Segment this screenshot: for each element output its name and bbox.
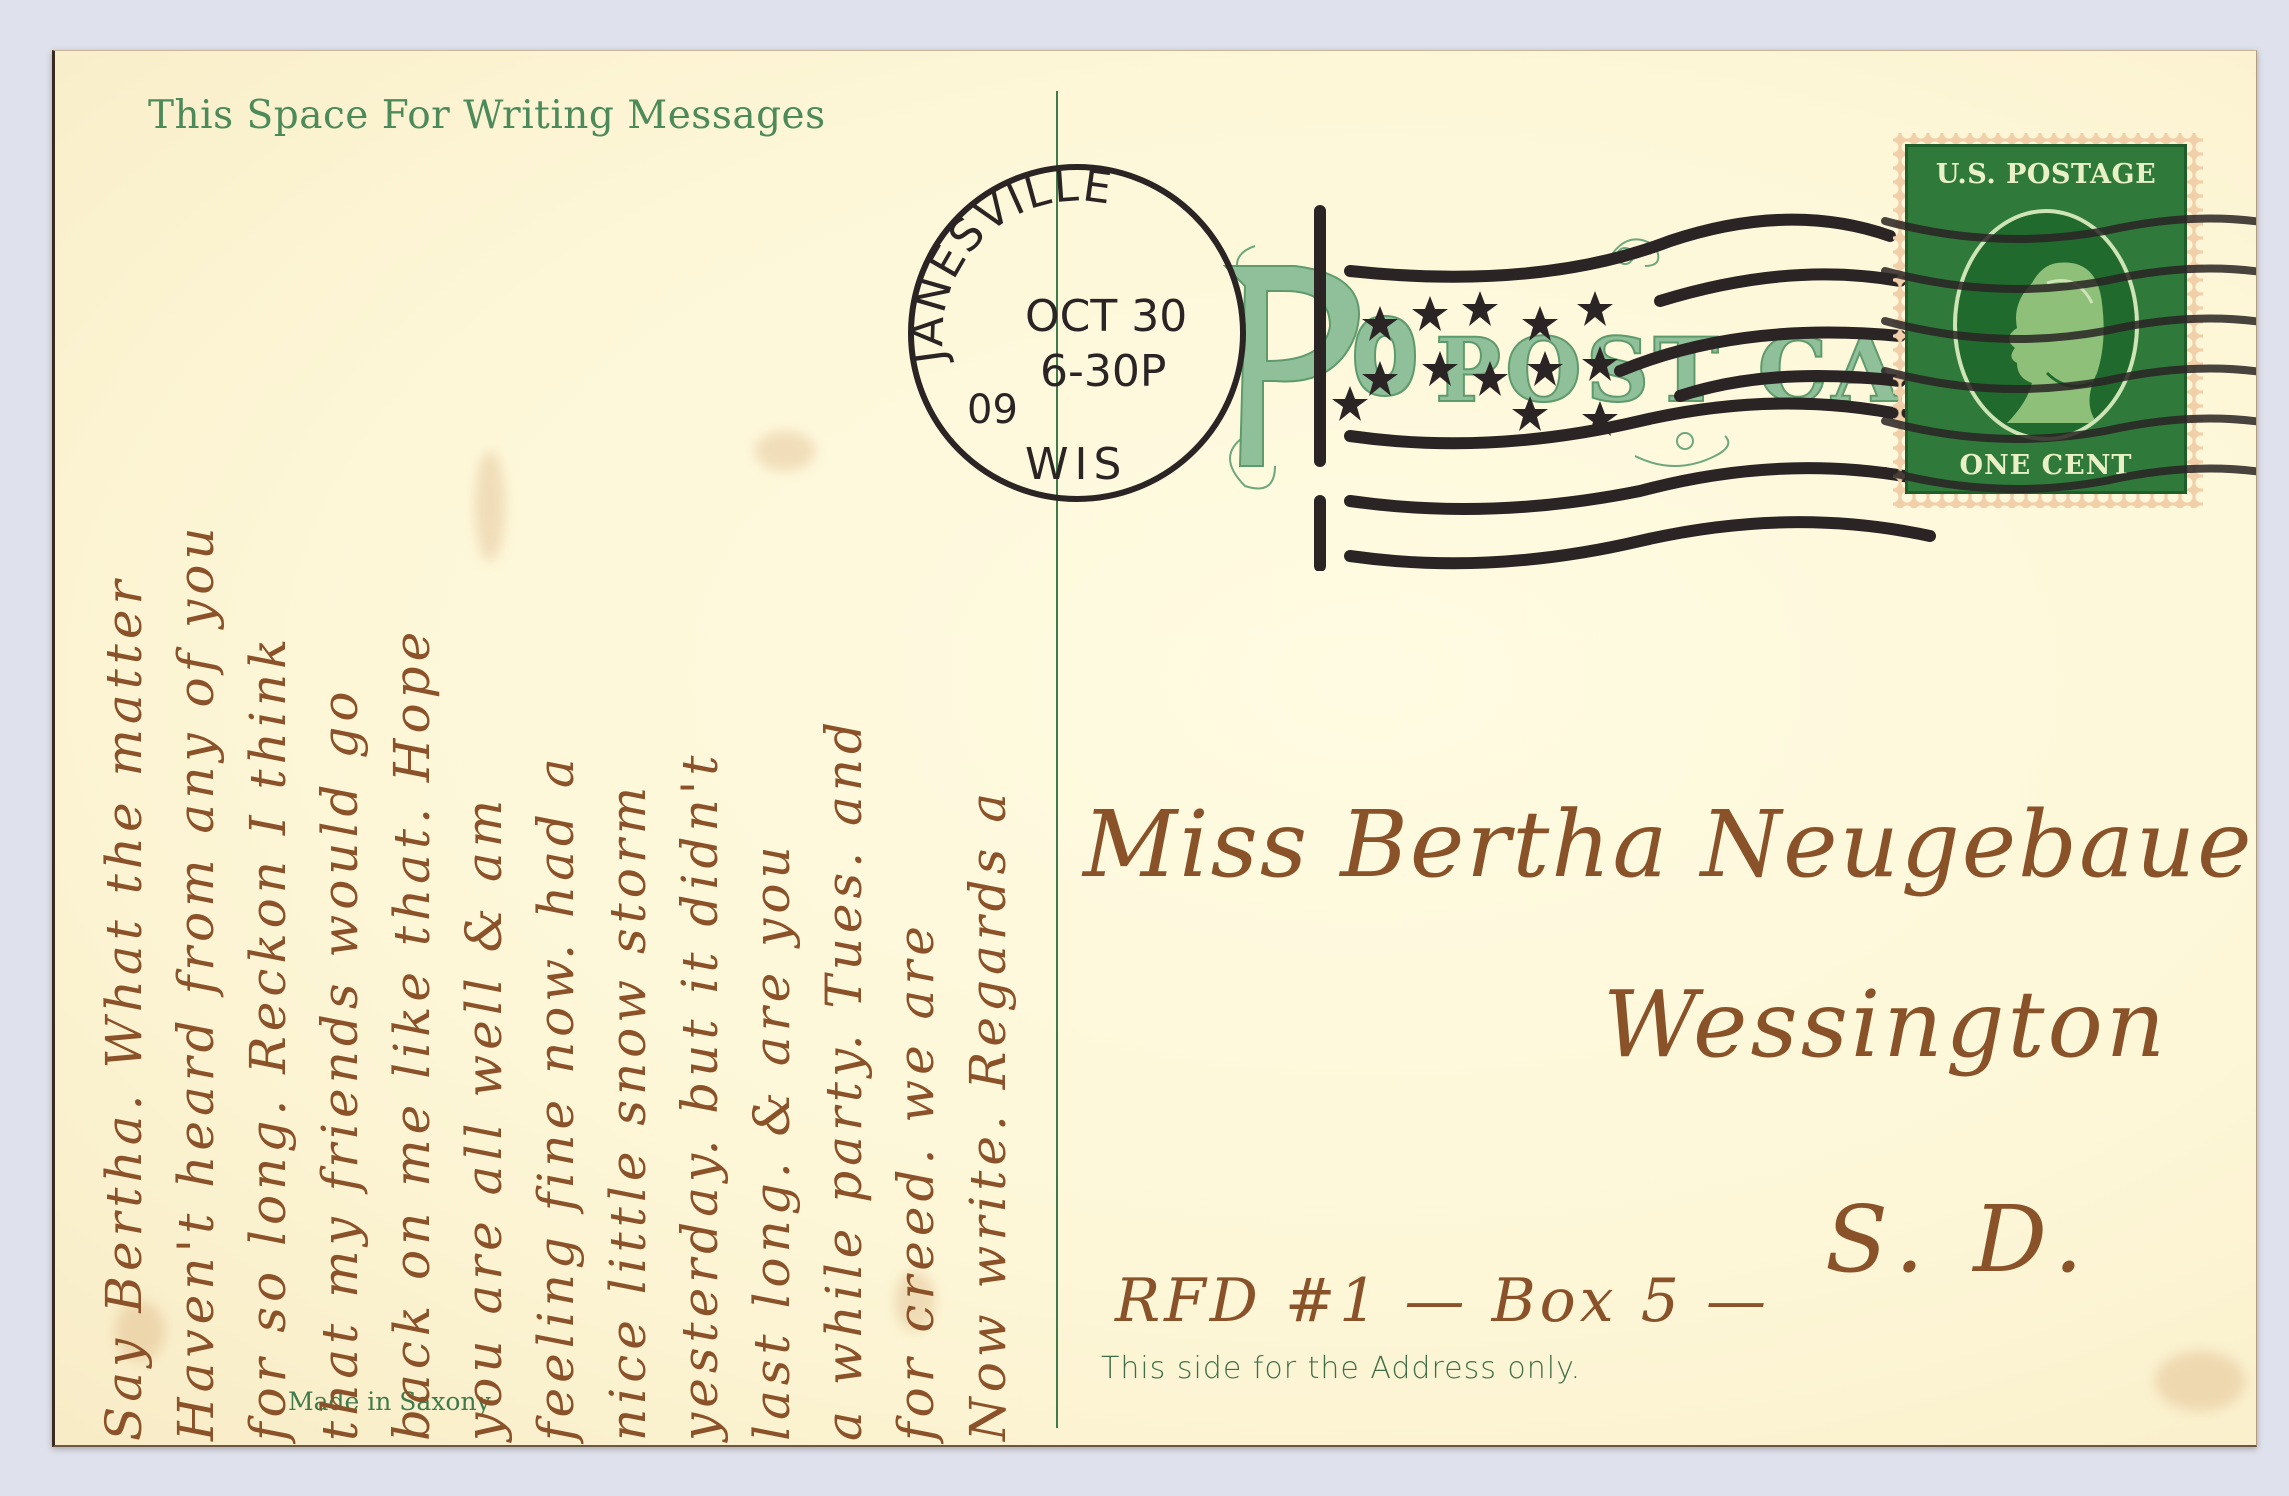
age-stain [2155, 1351, 2245, 1411]
recipient-city: Wessington [1603, 971, 2168, 1078]
message-line: yesterday. but it didn't [671, 750, 729, 1441]
message-line: feeling fine now. had a [527, 753, 585, 1441]
stamp-top-label: U.S. POSTAGE [1908, 159, 2184, 190]
address-side-instruction: This side for the Address only. [1101, 1351, 1581, 1386]
message-line: that my friends would go [311, 687, 369, 1442]
message-line: Say Bertha. What the matter [95, 576, 153, 1441]
svg-text:WIS: WIS [1025, 439, 1127, 490]
message-line: last long. & are you [743, 841, 801, 1441]
message-line: back on me like that. Hope [383, 627, 441, 1441]
message-line: you are all well & am [455, 795, 513, 1441]
message-line: Haven't heard from any of you [167, 522, 225, 1441]
message-line: Now write. Regards a [959, 788, 1017, 1441]
postmark: JANESVILLE OCT 30 6-30P 09 WIS [905, 161, 1250, 506]
message-line: for creed. we are [887, 921, 945, 1441]
recipient-name: Miss Bertha Neugebauer [1083, 791, 2257, 898]
flag-stars [1332, 291, 1618, 436]
recipient-state: S. D. [1825, 1186, 2093, 1293]
flag-cancel-icon [1290, 171, 1970, 571]
message-line: for so long. Reckon I think [239, 634, 297, 1441]
handwritten-message: Say Bertha. What the matter Haven't hear… [95, 101, 1045, 1441]
svg-text:6-30P: 6-30P [1040, 346, 1166, 397]
svg-text:09: 09 [967, 387, 1018, 433]
stamp-cancel-lines [1875, 191, 2257, 501]
postcard: This Space For Writing Messages Made in … [52, 50, 2257, 1447]
svg-text:OCT 30: OCT 30 [1025, 291, 1187, 342]
message-line: a while party. Tues. and [815, 717, 873, 1441]
recipient-route: RFD #1 — Box 5 — [1115, 1266, 1770, 1336]
message-line: nice little snow storm [599, 782, 657, 1441]
